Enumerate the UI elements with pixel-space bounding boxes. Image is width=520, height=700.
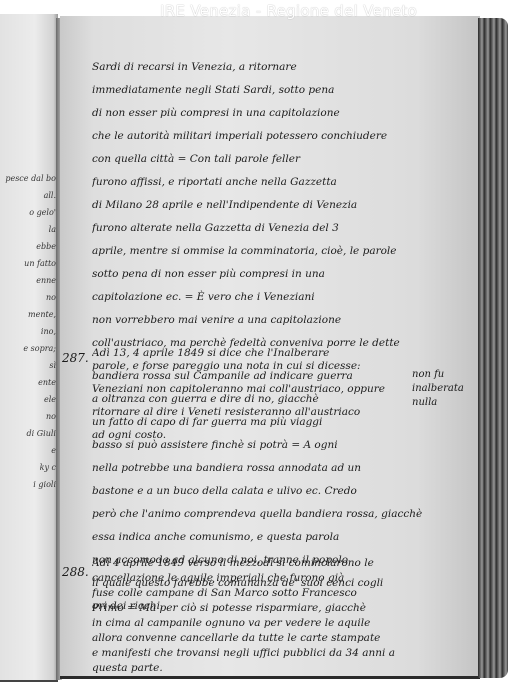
left-page-notes: pesce dal bo all. o gelo' la ebbe un fat… (0, 170, 56, 493)
entry-number: 287. (62, 351, 89, 365)
left-note: ente (0, 374, 56, 391)
left-note: ky c (0, 459, 56, 476)
left-note: no (0, 408, 56, 425)
text-line: nella potrebbe una bandiera rossa annoda… (92, 457, 472, 480)
left-note: di Giuli (0, 425, 56, 442)
text-line: questa parte. (92, 661, 472, 676)
text-line: Adì 4 aprile 1849 verso il mezzodì si co… (92, 556, 472, 571)
text-line: immediatamente negli Stati Sardi, sotto … (92, 79, 472, 102)
text-line: non vorrebbero mai venire a una capitola… (92, 309, 472, 332)
text-line: con quella città = Con tali parole felle… (92, 148, 472, 171)
left-note: i gioli (0, 476, 56, 493)
left-note: ele (0, 391, 56, 408)
left-note: sì (0, 357, 56, 374)
margin-note: non fu inalberata nulla (412, 368, 482, 410)
text-line: bastone e a un buco della calata e ulivo… (92, 480, 472, 503)
left-note: e (0, 442, 56, 459)
left-note: all. (0, 187, 56, 204)
left-note: e sopra; (0, 340, 56, 357)
text-line: che le autorità militari imperiali potes… (92, 125, 472, 148)
left-note: no (0, 289, 56, 306)
text-line: cancellazione le aquile imperiali che fu… (92, 571, 472, 586)
text-line: furono affissi, e riportati anche nella … (92, 171, 472, 194)
text-line: Sardi di recarsi in Venezia, a ritornare (92, 56, 472, 79)
text-line: aprile, mentre si ommise la comminatoria… (92, 240, 472, 263)
text-line: capitolazione ec. = È vero che i Venezia… (92, 286, 472, 309)
watermark: IRE Venezia - Regione del Veneto (160, 2, 417, 20)
left-note: o gelo' (0, 204, 56, 221)
margin-note-line: inalberata (412, 382, 482, 396)
text-line: furono alterate nella Gazzetta di Venezi… (92, 217, 472, 240)
left-note: mente, (0, 306, 56, 323)
text-line: Primo = Ma per ciò si potesse risparmiar… (92, 601, 472, 616)
text-line: e manifesti che trovansi negli uffici pu… (92, 646, 472, 661)
manuscript-scan: pesce dal bo all. o gelo' la ebbe un fat… (0, 0, 520, 700)
left-note: enne (0, 272, 56, 289)
left-note: ebbe (0, 238, 56, 255)
text-line: essa indica anche comunismo, e questa pa… (92, 526, 472, 549)
left-note: ino, (0, 323, 56, 340)
entry-number: 288. (62, 565, 89, 579)
text-line: basso si può assistere finchè si potrà =… (92, 434, 472, 457)
margin-note-line: non fu (412, 368, 482, 382)
text-line: sotto pena di non esser più compresi in … (92, 263, 472, 286)
left-note: pesce dal bo (0, 170, 56, 187)
text-line: allora convenne cancellarle da tutte le … (92, 631, 472, 646)
text-line: Adì 13, 4 aprile 1849 si dice che l'Inal… (92, 342, 472, 365)
margin-note-line: nulla (412, 396, 482, 410)
page-edge (478, 18, 508, 678)
left-note: la (0, 221, 56, 238)
text-line: un fatto di capo di far guerra ma più vi… (92, 411, 472, 434)
text-line: però che l'animo comprendeva quella band… (92, 503, 472, 526)
text-line: di non esser più compresi in una capitol… (92, 102, 472, 125)
text-line: in cima al campanile ognuno va per veder… (92, 616, 472, 631)
text-line: fuse colle campane di San Marco sotto Fr… (92, 586, 472, 601)
text-line: di Milano 28 aprile e nell'Indipendente … (92, 194, 472, 217)
left-note: un fatto (0, 255, 56, 272)
entry-288: Adì 4 aprile 1849 verso il mezzodì si co… (92, 556, 472, 676)
